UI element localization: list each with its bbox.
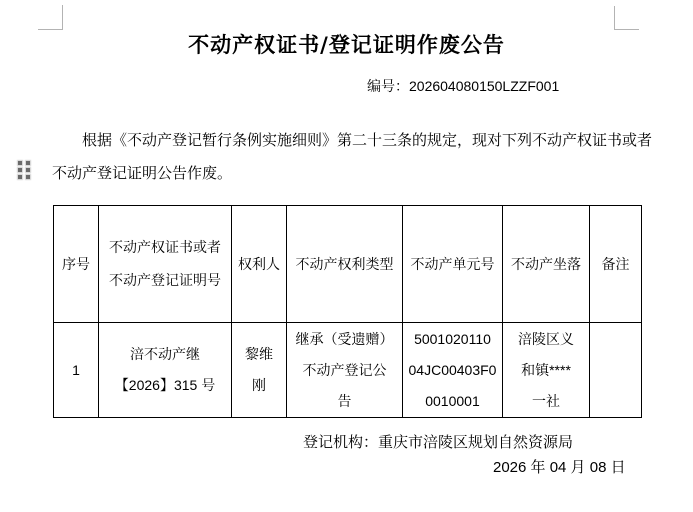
registration-authority-line: 登记机构：重庆市涪陵区规划自然资源局: [303, 431, 573, 452]
header-right-holder: 权利人: [232, 206, 287, 323]
document-number-line: 编号：202604080150LZZF001: [367, 76, 559, 96]
page-corner-mark-top-left-icon: [38, 5, 63, 30]
header-certificate-number: 不动产权证书或者 不动产登记证明号: [99, 206, 232, 323]
notice-date: 2026 年 04 月 08 日: [493, 456, 626, 477]
table-row: 1 涪不动产继 【2026】315 号 黎维 刚 继承（受遗赠） 不动产登记公 …: [54, 323, 642, 418]
page-corner-mark-top-right-icon: [614, 6, 639, 30]
registration-authority-name: 重庆市涪陵区规划自然资源局: [378, 434, 573, 451]
document-number-value: 202604080150LZZF001: [409, 78, 559, 94]
header-location: 不动产坐落: [503, 206, 590, 323]
cell-serial-number: 1: [54, 323, 99, 418]
header-unit-number: 不动产单元号: [403, 206, 503, 323]
header-serial-number: 序号: [54, 206, 99, 323]
table-header-row: 序号 不动产权证书或者 不动产登记证明号 权利人 不动产权利类型 不动产单元号 …: [54, 206, 642, 323]
cell-location: 涪陵区义 和镇**** 一社: [503, 323, 590, 418]
invalidated-certificates-table: 序号 不动产权证书或者 不动产登记证明号 权利人 不动产权利类型 不动产单元号 …: [53, 205, 642, 418]
cell-remarks: [590, 323, 642, 418]
cell-right-holder: 黎维 刚: [232, 323, 287, 418]
document-page: 不动产权证书/登记证明作废公告 编号：202604080150LZZF001 根…: [0, 0, 693, 512]
header-remarks: 备注: [590, 206, 642, 323]
cell-right-type: 继承（受遗赠） 不动产登记公 告: [287, 323, 403, 418]
registration-authority-label: 登记机构：: [303, 434, 378, 451]
table-drag-handle-dots-icon[interactable]: [18, 161, 30, 179]
notice-body-paragraph: 根据《不动产登记暂行条例实施细则》第二十三条的规定，现对下列不动产权证书或者 不…: [52, 124, 658, 190]
header-right-type: 不动产权利类型: [287, 206, 403, 323]
document-number-label: 编号：: [367, 78, 409, 94]
page-title: 不动产权证书/登记证明作废公告: [0, 29, 693, 59]
cell-unit-number: 5001020110 04JC00403F0 0010001: [403, 323, 503, 418]
cell-certificate-number: 涪不动产继 【2026】315 号: [99, 323, 232, 418]
